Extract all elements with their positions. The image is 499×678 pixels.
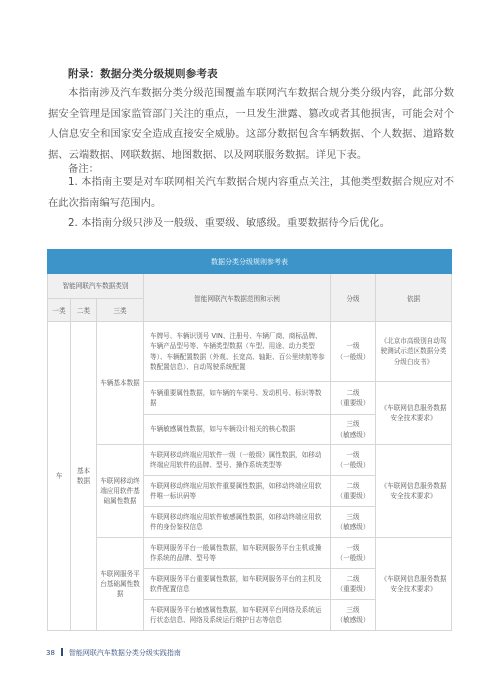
note-item-1: 1. 本指南主要是对车联网相关汽车数据合规内容重点关注，其他类型数据合规应对不在… [48,172,454,213]
table-row: 车联网移动终端应用软件基础属性数据 车联网移动终端应用软件一级（一般级）属性数据… [48,445,452,476]
cat3-cell: 车辆基本数据 [97,322,144,445]
classification-table: 数据分类分级规则参考表 智能网联汽车数据类别 智能网联汽车数据范围和示例 分级 … [47,249,451,631]
level-label: 二级 [331,574,375,585]
cat1-cell: 车 [48,322,71,631]
header-cat2: 二类 [71,299,97,322]
basis-cell: 《车联网信息服务数据安全技术要求》 [376,382,452,445]
level-cell: 二级（重要级） [331,382,376,415]
scope-cell: 车牌号、车辆识别号 VIN、注册号、车辆厂商、商标品牌、车辆产品型号等、车辆类型… [144,322,331,382]
header-category-group: 智能网联汽车数据类别 [48,274,144,299]
cat3-cell: 车联网服务平台基础属性数据 [97,538,144,631]
basis-cell: 《车联网信息服务数据安全技术要求》 [376,538,452,631]
scope-cell: 车联网服务平台敏感属性数据，如车联网平台网络及系统运行状态信息、网络及系统运行维… [144,600,331,631]
table-row: 车联网服务平台基础属性数据 车联网服务平台一般属性数据，如车联网服务平台主机或操… [48,538,452,569]
level-cell: 三级（敏感级） [331,600,376,631]
scope-cell: 车辆敏感属性数据，如与车辆设计相关的核心数据 [144,415,331,445]
table-row: 车 基本数据 车辆基本数据 车牌号、车辆识别号 VIN、注册号、车辆厂商、商标品… [48,322,452,382]
header-basis: 依据 [376,274,452,322]
header-scope: 智能网联汽车数据范围和示例 [144,274,331,322]
page-number: 38 [46,649,55,657]
page-footer: 38智能网联汽车数据分类分级实践指南 [46,648,181,658]
note-text-1: 1. 本指南主要是对车联网相关汽车数据合规内容重点关注，其他类型数据合规应对不在… [48,176,454,209]
scope-cell: 车联网移动终端应用软件敏感属性数据，如移动终端应用软件的身份鉴权信息 [144,507,331,538]
note-text-2: 2. 本指南分级只涉及一般级、重要级、敏感级。重要数据待今后优化。 [68,217,390,229]
table-title: 数据分类分级规则参考表 [48,250,452,274]
scope-cell: 车辆重要属性数据，如车辆的车架号、发动机号、标识等数据 [144,382,331,415]
appendix-heading: 附录：数据分类分级规则参考表 [68,66,218,81]
scope-cell: 车联网移动终端应用软件一级（一般级）属性数据，如移动终端应用软件的品牌、型号、操… [144,445,331,476]
level-cell: 一级（一般级） [331,322,376,382]
note-item-2: 2. 本指南分级只涉及一般级、重要级、敏感级。重要数据待今后优化。 [48,213,454,234]
header-cat1: 一类 [48,299,71,322]
level-cell: 三级（敏感级） [331,415,376,445]
header-cat3: 三类 [97,299,144,322]
header-level: 分级 [331,274,376,322]
level-sub-label: （一般级） [331,553,375,564]
cat3-cell: 车联网移动终端应用软件基础属性数据 [97,445,144,538]
level-label: 三级 [331,605,375,616]
cat2-cell: 基本数据 [71,322,97,631]
level-sub-label: （敏感级） [331,615,375,626]
level-label: 三级 [331,419,375,430]
level-sub-label: （敏感级） [331,522,375,533]
level-label: 二级 [331,388,375,399]
level-label: 一级 [331,341,375,352]
scope-cell: 车联网服务平台重要属性数据，如车联网服务平台的主机及软件配置信息 [144,569,331,600]
level-label: 二级 [331,481,375,492]
level-sub-label: （重要级） [331,398,375,409]
level-label: 一级 [331,543,375,554]
level-sub-label: （一般级） [331,460,375,471]
level-label: 一级 [331,450,375,461]
basis-cell: 《北京市高级别自动驾驶测试示范区数据分类分级白皮书》 [376,322,452,382]
book-title: 智能网联汽车数据分类分级实践指南 [69,649,181,657]
level-cell: 一级（一般级） [331,538,376,569]
scope-cell: 车联网服务平台一般属性数据，如车联网服务平台主机或操作系统的品牌、型号等 [144,538,331,569]
intro-text: 本指南涉及汽车数据分类分级范围覆盖车联网汽车数据合规分类分级内容，此部分数据安全… [48,87,454,161]
level-sub-label: （重要级） [331,584,375,595]
scope-cell: 车联网移动终端应用软件重要属性数据，如移动终端应用软件唯一标识码等 [144,476,331,507]
level-label: 三级 [331,512,375,523]
level-cell: 三级（敏感级） [331,507,376,538]
level-sub-label: （敏感级） [331,430,375,441]
level-cell: 二级（重要级） [331,569,376,600]
level-sub-label: （一般级） [331,352,375,363]
level-cell: 一级（一般级） [331,445,376,476]
level-cell: 二级（重要级） [331,476,376,507]
intro-paragraph: 本指南涉及汽车数据分类分级范围覆盖车联网汽车数据合规分类分级内容，此部分数据安全… [48,83,454,165]
basis-cell: 《车联网信息服务数据安全技术要求》 [376,445,452,538]
level-sub-label: （重要级） [331,491,375,502]
divider-bar [61,648,63,656]
